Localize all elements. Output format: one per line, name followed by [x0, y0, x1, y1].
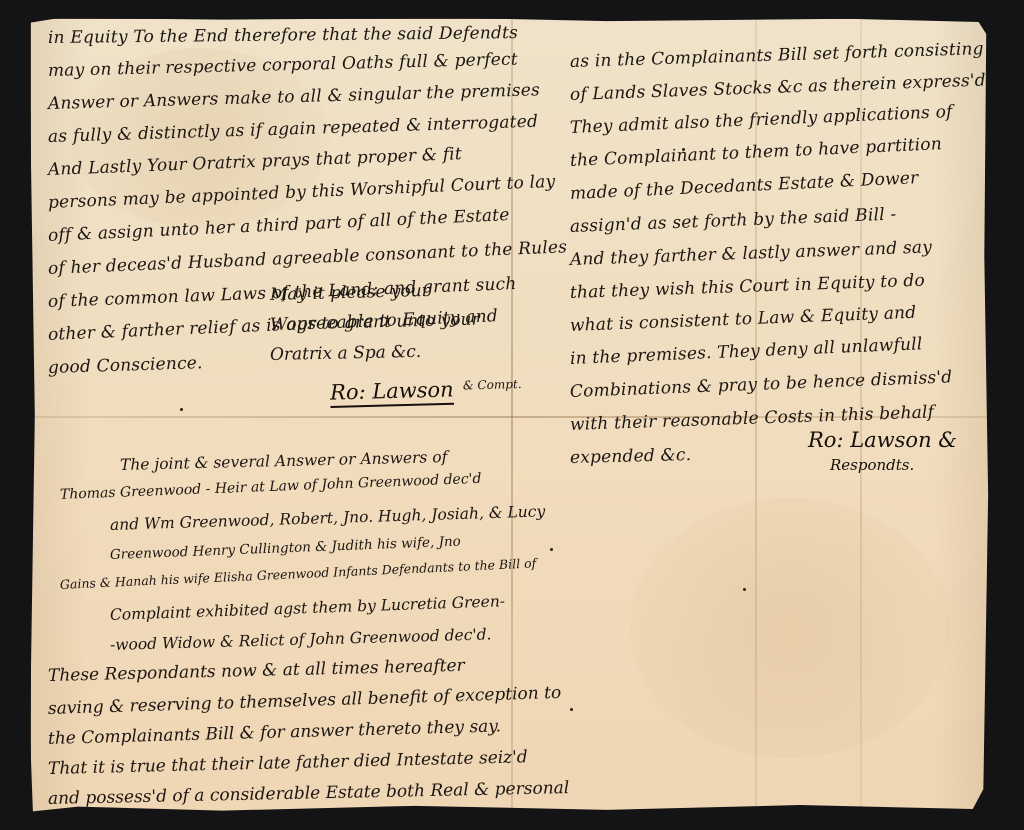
signature-suffix: & Compt. — [463, 377, 522, 393]
paper-stain — [630, 498, 950, 758]
ink-speck — [180, 408, 183, 411]
answer-body: These Respondants now & at all times her… — [48, 658, 569, 830]
signature-name: Ro: Lawson & — [808, 428, 957, 452]
ink-speck — [743, 588, 746, 591]
prayer-block: May it please your Wops to grant unto yo… — [270, 280, 522, 404]
ink-speck — [550, 548, 553, 551]
signature-role: Respondts. — [830, 456, 957, 474]
catchword: as — [473, 814, 569, 830]
manuscript-sheet: in Equity To the End therefore that the … — [30, 18, 992, 813]
respondents-signature: Ro: Lawson & Respondts. — [808, 428, 957, 474]
signature-name: Ro: Lawson — [330, 377, 454, 404]
answer-heading: The joint & several Answer or Answers of… — [60, 450, 545, 660]
ink-speck — [682, 148, 685, 151]
signature-line: Ro: Lawson & Compt. — [330, 369, 522, 404]
right-page-answer-text: as in the Complainants Bill set forth co… — [570, 46, 990, 475]
text-line: Oratrix a Spa &c. — [270, 335, 522, 370]
ink-speck — [570, 708, 573, 711]
